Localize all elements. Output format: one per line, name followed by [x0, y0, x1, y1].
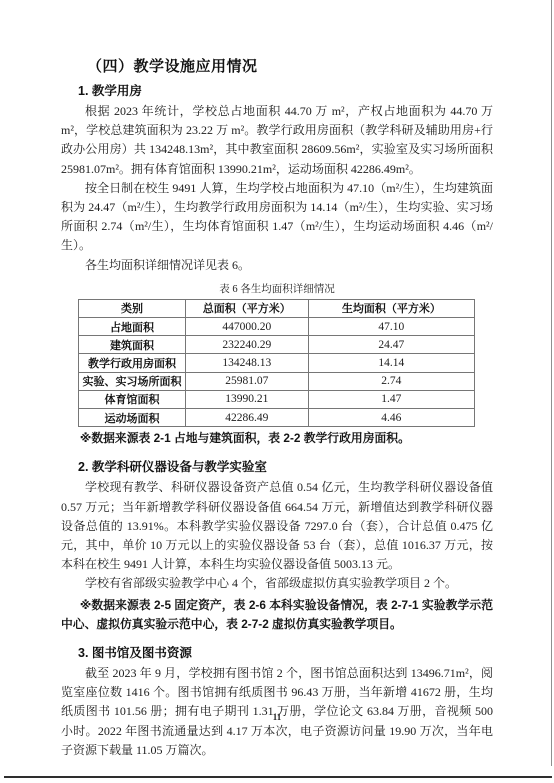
table-cell-average: 47.10 [308, 318, 474, 336]
table-source-note: ※数据来源表 2-1 占地与建筑面积，表 2-2 教学行政用房面积。 [61, 429, 493, 448]
subsection-2-heading: 2. 教学科研仪器设备与教学实验室 [78, 459, 493, 475]
table-header-category: 类别 [79, 299, 186, 317]
table-cell-total: 232240.29 [185, 336, 308, 354]
table-header-total-area: 总面积（平方米） [185, 299, 308, 317]
table-cell-category: 体育馆面积 [79, 390, 186, 408]
paragraph-teaching-rooms-1: 根据 2023 年统计，学校总占地面积 44.70 万 m²，产权占地面积为 4… [61, 102, 493, 179]
subsection-3-heading: 3. 图书馆及图书资源 [78, 645, 493, 661]
table-row: 体育馆面积 13990.21 1.47 [79, 390, 475, 408]
table-row: 教学行政用房面积 134248.13 14.14 [79, 354, 475, 372]
table-cell-average: 24.47 [308, 336, 474, 354]
paragraph-equipment-1: 学校现有教学、科研仪器设备资产总值 0.54 亿元，生均教学科研仪器设备值 0.… [61, 478, 493, 574]
table-cell-average: 1.47 [308, 390, 474, 408]
table-caption: 表 6 各生均面积详细情况 [61, 283, 493, 296]
table-cell-total: 25981.07 [185, 372, 308, 390]
paragraph-teaching-rooms-2: 按全日制在校生 9491 人算，生均学校占地面积为 47.10（m²/生），生均… [61, 179, 493, 256]
table-cell-category: 教学行政用房面积 [79, 354, 186, 372]
page-edge-right [551, 0, 552, 766]
table-header-per-student-area: 生均面积（平方米） [308, 299, 474, 317]
table-cell-category: 实验、实习场所面积 [79, 372, 186, 390]
table-cell-category: 运动场面积 [79, 408, 186, 426]
paragraph-equipment-2: 学校有省部级实验教学中心 4 个，省部级虚拟仿真实验教学项目 2 个。 [61, 574, 493, 593]
table-row: 占地面积 447000.20 47.10 [79, 318, 475, 336]
table-cell-total: 134248.13 [185, 354, 308, 372]
document-page: （四）教学设施应用情况 1. 教学用房 根据 2023 年统计，学校总占地面积 … [0, 0, 554, 783]
table-cell-total: 42286.49 [185, 408, 308, 426]
table-cell-total: 447000.20 [185, 318, 308, 336]
section-heading: （四）教学设施应用情况 [87, 57, 493, 77]
table-row: 运动场面积 42286.49 4.46 [79, 408, 475, 426]
page-edge-bottom [4, 776, 552, 778]
table-row: 实验、实习场所面积 25981.07 2.74 [79, 372, 475, 390]
table-header-row: 类别 总面积（平方米） 生均面积（平方米） [79, 299, 475, 317]
table-cell-total: 13990.21 [185, 390, 308, 408]
table-row: 建筑面积 232240.29 24.47 [79, 336, 475, 354]
table-cell-average: 14.14 [308, 354, 474, 372]
table-cell-average: 2.74 [308, 372, 474, 390]
paragraph-teaching-rooms-3: 各生均面积详细情况详见表 6。 [61, 256, 493, 275]
table-cell-average: 4.46 [308, 408, 474, 426]
table-cell-category: 占地面积 [79, 318, 186, 336]
subsection-1-heading: 1. 教学用房 [78, 83, 493, 99]
table-area-per-student: 类别 总面积（平方米） 生均面积（平方米） 占地面积 447000.20 47.… [78, 299, 475, 427]
table-cell-category: 建筑面积 [79, 336, 186, 354]
equipment-source-note: ※数据来源表 2-5 固定资产，表 2-6 本科实验设备情况，表 2-7-1 实… [61, 596, 493, 634]
page-content: （四）教学设施应用情况 1. 教学用房 根据 2023 年统计，学校总占地面积 … [61, 57, 493, 760]
page-number: 11 [0, 712, 554, 722]
